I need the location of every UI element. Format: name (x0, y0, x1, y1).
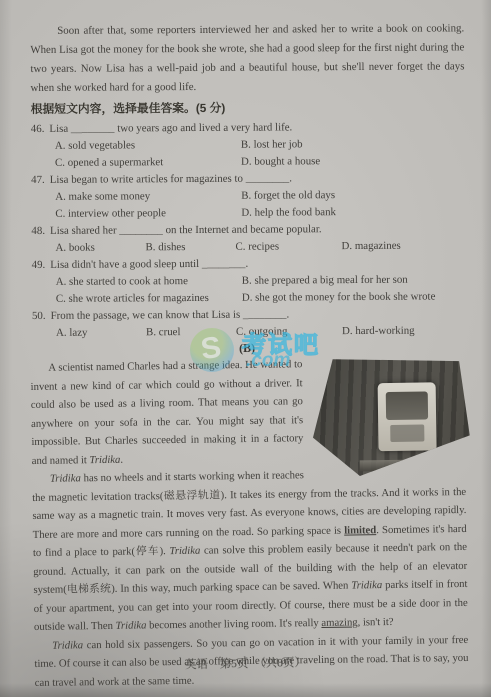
train-door (390, 425, 425, 442)
tridika-name: Tridika (50, 472, 81, 484)
option-48-b: B. dishes (145, 239, 235, 257)
question-number: 48. (31, 225, 45, 237)
page-content: Soon after that, some reporters intervie… (30, 0, 464, 692)
option-48-d: D. magazines (341, 237, 465, 255)
option-50-a: A. lazy (56, 324, 146, 342)
question-49: 49.Lisa didn't have a good sleep until _… (32, 254, 466, 308)
train-window (386, 392, 428, 420)
question-number: 49. (32, 259, 46, 271)
option-48-c: C. recipes (235, 238, 341, 256)
option-46-c: C. opened a supermarket (55, 154, 241, 172)
tridika-name: Tridika (52, 639, 83, 651)
exam-page: Soon after that, some reporters intervie… (0, 0, 491, 697)
tridika-name: Tridika (116, 619, 147, 631)
passage-b-paragraph-2: Tridika has no wheels and it starts work… (32, 464, 468, 637)
question-text: Lisa shared her ________ on the Internet… (50, 223, 322, 237)
section-a: Soon after that, some reporters intervie… (30, 0, 466, 342)
section-instruction: 根据短文内容，选择最佳答案。(5 分) (31, 95, 465, 118)
passage-a-closing-paragraph: Soon after that, some reporters intervie… (30, 0, 465, 98)
option-49-b: B. she prepared a big meal for her son (242, 271, 466, 289)
question-number: 46. (31, 123, 45, 135)
option-48-a: A. books (55, 239, 145, 257)
keyword-amazing: amazing (321, 616, 357, 629)
option-49-d: D. she got the money for the book she wr… (242, 288, 466, 306)
keyword-limited: limited (344, 524, 376, 536)
paragraph-text: becomes another living room. It's really (146, 617, 321, 631)
question-48-options: A. books B. dishes C. recipes D. magazin… (31, 237, 465, 257)
option-46-a: A. sold vegetables (55, 137, 241, 155)
question-text: Lisa didn't have a good sleep until ____… (50, 258, 248, 271)
question-48: 48.Lisa shared her ________ on the Inter… (31, 220, 465, 257)
option-49-a: A. she started to cook at home (56, 273, 242, 291)
paragraph-text: . (120, 453, 123, 465)
section-b: (B) A scientist named Charles had a stra… (30, 336, 469, 692)
option-47-c: C. interview other people (55, 205, 241, 223)
question-46: 46.Lisa ________ two years ago and lived… (31, 118, 465, 172)
question-47-options: A. make some money B. forget the old day… (31, 186, 465, 223)
paragraph-text: A scientist named Charles had a strange … (31, 358, 304, 466)
question-text: Lisa ________ two years ago and lived a … (49, 121, 292, 134)
option-47-d: D. help the food bank (241, 203, 465, 221)
question-number: 47. (31, 174, 45, 186)
question-49-options: A. she started to cook at home B. she pr… (32, 271, 466, 308)
question-47: 47.Lisa began to write articles for maga… (31, 169, 465, 223)
question-text: From the passage, we can know that Lisa … (51, 308, 290, 321)
tridika-name: Tridika (89, 453, 120, 465)
tridika-name: Tridika (169, 545, 200, 557)
train-body (378, 382, 437, 451)
option-46-d: D. bought a house (241, 152, 465, 170)
option-49-c: C. she wrote articles for magazines (56, 290, 242, 308)
option-46-b: B. lost her job (241, 135, 465, 153)
paragraph-text: , isn't it? (358, 616, 394, 628)
option-47-a: A. make some money (55, 188, 241, 206)
tridika-name: Tridika (351, 579, 382, 591)
question-46-options: A. sold vegetables B. lost her job C. op… (31, 135, 465, 172)
option-47-b: B. forget the old days (241, 186, 465, 204)
question-text: Lisa began to write articles for magazin… (50, 172, 292, 185)
question-number: 50. (32, 310, 46, 322)
question-list: 46.Lisa ________ two years ago and lived… (31, 115, 466, 342)
